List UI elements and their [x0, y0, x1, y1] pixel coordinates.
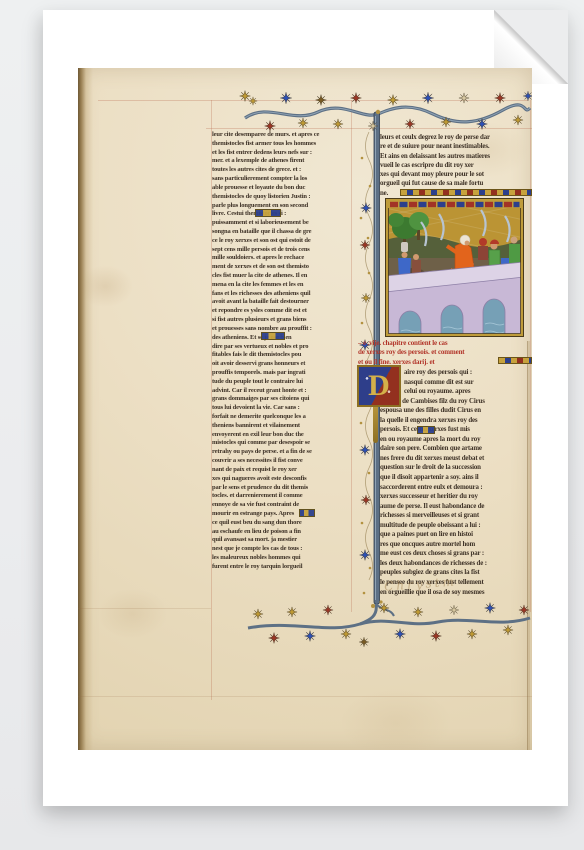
text-line: ce quil eust beu du sang dun thore	[212, 519, 352, 528]
text-line: ennoye de sa vie fust contraint de	[212, 501, 352, 510]
text-line: grans dommaiges par ses citoiens qui	[212, 395, 352, 404]
text-line: tocles. et darrenierement il comme	[212, 492, 352, 501]
print-sheet: leur cite desemparee de murs. et apres c…	[43, 10, 568, 806]
text-line: me eust ces deux choses si grans par :	[380, 549, 532, 559]
text-line: richesses si merveilleuses et si grant	[380, 511, 532, 521]
flower-icons-bottom	[253, 603, 529, 647]
text-line: aire roy des persois qui :	[380, 368, 532, 378]
text-line: toutes les autres cites de grece. et :	[212, 166, 352, 175]
text-line: question sur le droit de la succession	[380, 463, 532, 473]
text-line: themistocles de quoy listorien Justin :	[212, 193, 352, 202]
text-line: mer. et a lexemple de athenes firent	[212, 157, 352, 166]
text-line: themistocles fist armer tous les hommes	[212, 140, 352, 149]
text-line: mille souldoiers. et apres le rechace	[212, 254, 352, 263]
text-line: leur cite desemparee de murs. et apres c…	[212, 131, 352, 140]
text-line: res que oncques autre mortel hom	[380, 540, 532, 550]
text-line: fans et les richesses des atheniens quil	[212, 290, 352, 299]
text-line: daire son pere. Combien que artame	[380, 444, 532, 454]
paraph-mark	[255, 209, 281, 217]
rubric-line: – e .vije. chapitre contient le cas	[358, 339, 532, 348]
text-line: quil avansast sa mort. ja mestier	[212, 536, 352, 545]
text-line: xerxes successeur et heritier du roy	[380, 492, 532, 502]
text-line: leurs et ceulx degrez le roy de perse da…	[380, 133, 532, 142]
text-line: songna en bataille que il chassa de gre	[212, 228, 352, 237]
text-line: au eschaufe en lieu de poison a fin	[212, 528, 352, 537]
left-text-column: leur cite desemparee de murs. et apres c…	[212, 131, 352, 572]
text-line: prouffis temporels. mais par ingrati	[212, 369, 352, 378]
text-line: les deux habondances de richesses de :	[380, 559, 532, 569]
text-line: ce le roy xerxes et son ost qui estoit d…	[212, 237, 352, 246]
text-line: mistocles qui comme par desespoir se	[212, 439, 352, 448]
flower-icons-top	[240, 91, 532, 132]
text-line: ment de xerxes et de son ost themisto	[212, 263, 352, 272]
text-line: nes frere du dit xerxes meust debat et	[380, 454, 532, 464]
frame-top-tiles	[390, 202, 520, 207]
text-line: fitables fais le dit themistocles pou	[212, 351, 352, 360]
text-line: livre. Cestui themistocles si :	[212, 210, 352, 219]
text-line: celui ou royaume. apres	[380, 387, 532, 397]
text-line: mena en la cite les femmes et les en	[212, 281, 352, 290]
text-line: nasqui comme dit est sur	[380, 378, 532, 388]
text-line: que a paines puet on lire en histoi	[380, 530, 532, 540]
illuminated-initial: D	[357, 365, 401, 407]
text-line: espousa une des filles dudit Cirus en	[380, 406, 532, 416]
text-line: sans particulierement compter la los	[212, 175, 352, 184]
right-column-body-text: aire roy des persois qui :nasqui comme d…	[380, 368, 532, 597]
crease-line	[78, 696, 532, 697]
text-line: si fist autres plusieurs et grans biens	[212, 316, 352, 325]
text-line: et repondre es ysles comme dit est et	[212, 307, 352, 316]
text-line: parle plus longuement en son second	[212, 202, 352, 211]
text-line: Et ains en delaissant les autres matiere…	[380, 152, 532, 161]
text-line: puissamment et si laborieusement be	[212, 219, 352, 228]
ruling-line	[98, 100, 528, 101]
tall-hat	[401, 242, 408, 252]
paraph-mark	[299, 509, 315, 517]
text-line: retrahy ou pays de perse. et a fin de se	[212, 448, 352, 457]
text-line: saccorderent entre eulx et demoura :	[380, 483, 532, 493]
miniature-scene	[385, 198, 524, 337]
text-line: avoit avant la bataille fait destourner	[212, 298, 352, 307]
text-line: re et de suiure pour neant inestimables.	[380, 142, 532, 151]
text-line: vueil le cas escripre du dit roy xer	[380, 161, 532, 170]
text-line: tude du peuple tout le contraire lui	[212, 378, 352, 387]
text-line: les maleureux nobles hommes qui	[212, 554, 352, 563]
text-line: persois. Et cestui xerxes fust mis	[380, 425, 532, 435]
text-line: aume de perse. Il eust habondance de	[380, 502, 532, 512]
text-line: et les fist entrer dedens leurs nefs sur…	[212, 149, 352, 158]
text-line: envoyerent en exil leur bon duc the	[212, 431, 352, 440]
text-line: xes qui devant moy pleure pour le sot	[380, 170, 532, 179]
text-line: able prouesse et loyaute du bon duc	[212, 184, 352, 193]
ruling-line	[78, 608, 211, 609]
text-line: furent entre le roy tarquin lorgueil	[212, 563, 352, 572]
text-line: cles fist muer la cite de athenes. Il en	[212, 272, 352, 281]
miniature-painting	[385, 198, 524, 337]
ruling-line	[206, 128, 532, 129]
text-line: orgueil qui fut cause de sa male fortu	[380, 179, 532, 188]
text-line: sept cens mille persois et de trois cens	[212, 246, 352, 255]
bridge-arch	[441, 305, 463, 337]
text-line: dire par ses vertueux et nobles et pro	[212, 343, 352, 352]
text-line: couvrir a ses necessites il fist conve	[212, 457, 352, 466]
text-line: oit avoir desservi grans honneurs et	[212, 360, 352, 369]
text-line: theniens bannirent et vilainement	[212, 422, 352, 431]
paraph-mark	[261, 332, 285, 340]
text-line: que il disoit appartenir a soy. ains il	[380, 473, 532, 483]
text-line: en ou royaume apres la mort du roy	[380, 435, 532, 445]
text-line: tous lui devoient la vie. Car sans :	[212, 404, 352, 413]
text-line: mourir en estrange pays. Apres	[212, 510, 352, 519]
line-filler-bar	[498, 357, 532, 364]
text-line: forfait ne demerite quelconque les a	[212, 413, 352, 422]
text-line: advint. Car il receut grant honte et :	[212, 387, 352, 396]
text-line: la mort de Cambises filz du roy Cirus	[380, 397, 532, 407]
text-line: xes qui nagueres avoit este desconfis	[212, 475, 352, 484]
text-line: nant de paix et requist le roy xer	[212, 466, 352, 475]
text-line: par le sens et prudence du dit themis	[212, 484, 352, 493]
text-line: nest que je compte les cas de tous :	[212, 545, 352, 554]
line-filler-bar	[400, 189, 532, 196]
binding-gutter	[78, 68, 93, 750]
paraph-mark	[417, 426, 435, 434]
text-line: multitude de peuple obeissant a lui :	[380, 521, 532, 531]
red-hood	[479, 238, 487, 246]
text-line: la quelle il engendra xerxes roy des	[380, 416, 532, 426]
manuscript-photo: leur cite desemparee de murs. et apres c…	[78, 68, 532, 750]
